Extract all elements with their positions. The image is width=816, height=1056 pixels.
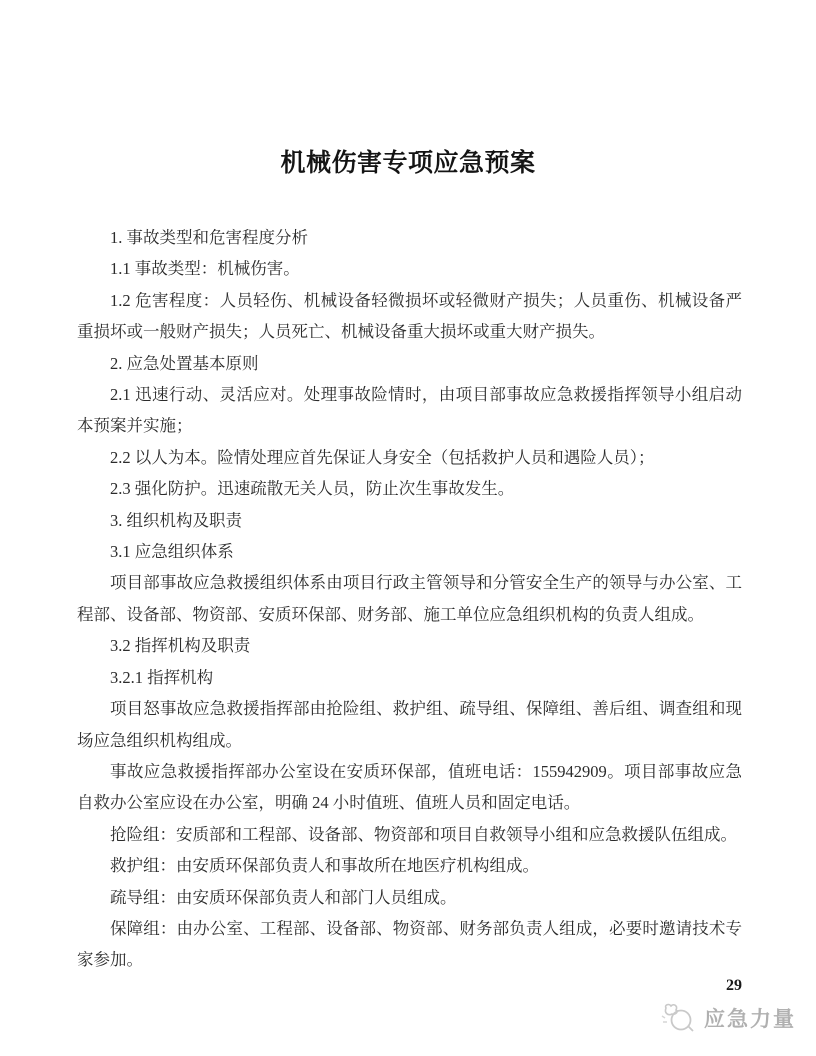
paragraph: 2.2 以人为本。险情处理应首先保证人身安全（包括救护人员和遇险人员）； [77, 442, 742, 473]
paragraph: 疏导组：由安质环保部负责人和部门人员组成。 [77, 882, 742, 913]
paragraph: 3.2 指挥机构及职责 [77, 630, 742, 661]
yingji-liliang-logo-icon [660, 1002, 698, 1034]
document-page: 机械伤害专项应急预案 1. 事故类型和危害程度分析1.1 事故类型：机械伤害。1… [0, 0, 816, 1056]
paragraph: 2.3 强化防护。迅速疏散无关人员，防止次生事故发生。 [77, 473, 742, 504]
paragraph: 1.1 事故类型：机械伤害。 [77, 253, 742, 284]
paragraph: 项目怒事故应急救援指挥部由抢险组、救护组、疏导组、保障组、善后组、调查组和现场应… [77, 693, 742, 756]
paragraph: 3. 组织机构及职责 [77, 505, 742, 536]
paragraph: 1. 事故类型和危害程度分析 [77, 222, 742, 253]
document-body: 1. 事故类型和危害程度分析1.1 事故类型：机械伤害。1.2 危害程度：人员轻… [77, 222, 742, 976]
paragraph: 保障组：由办公室、工程部、设备部、物资部、财务部负责人组成，必要时邀请技术专家参… [77, 913, 742, 976]
paragraph: 2. 应急处置基本原则 [77, 348, 742, 379]
page-title: 机械伤害专项应急预案 [0, 148, 816, 178]
paragraph: 救护组：由安质环保部负责人和事故所在地医疗机构组成。 [77, 850, 742, 881]
paragraph: 抢险组：安质部和工程部、设备部、物资部和项目自救领导小组和应急救援队伍组成。 [77, 819, 742, 850]
paragraph: 1.2 危害程度：人员轻伤、机械设备轻微损坏或轻微财产损失；人员重伤、机械设备严… [77, 285, 742, 348]
paragraph: 事故应急救援指挥部办公室设在安质环保部，值班电话：155942909。项目部事故… [77, 756, 742, 819]
paragraph: 2.1 迅速行动、灵活应对。处理事故险情时，由项目部事故应急救援指挥领导小组启动… [77, 379, 742, 442]
page-number: 29 [726, 977, 742, 995]
watermark: 应急力量 [660, 1002, 796, 1034]
paragraph: 3.2.1 指挥机构 [77, 662, 742, 693]
paragraph: 项目部事故应急救援组织体系由项目行政主管领导和分管安全生产的领导与办公室、工程部… [77, 567, 742, 630]
paragraph: 3.1 应急组织体系 [77, 536, 742, 567]
watermark-text: 应急力量 [704, 1003, 796, 1033]
